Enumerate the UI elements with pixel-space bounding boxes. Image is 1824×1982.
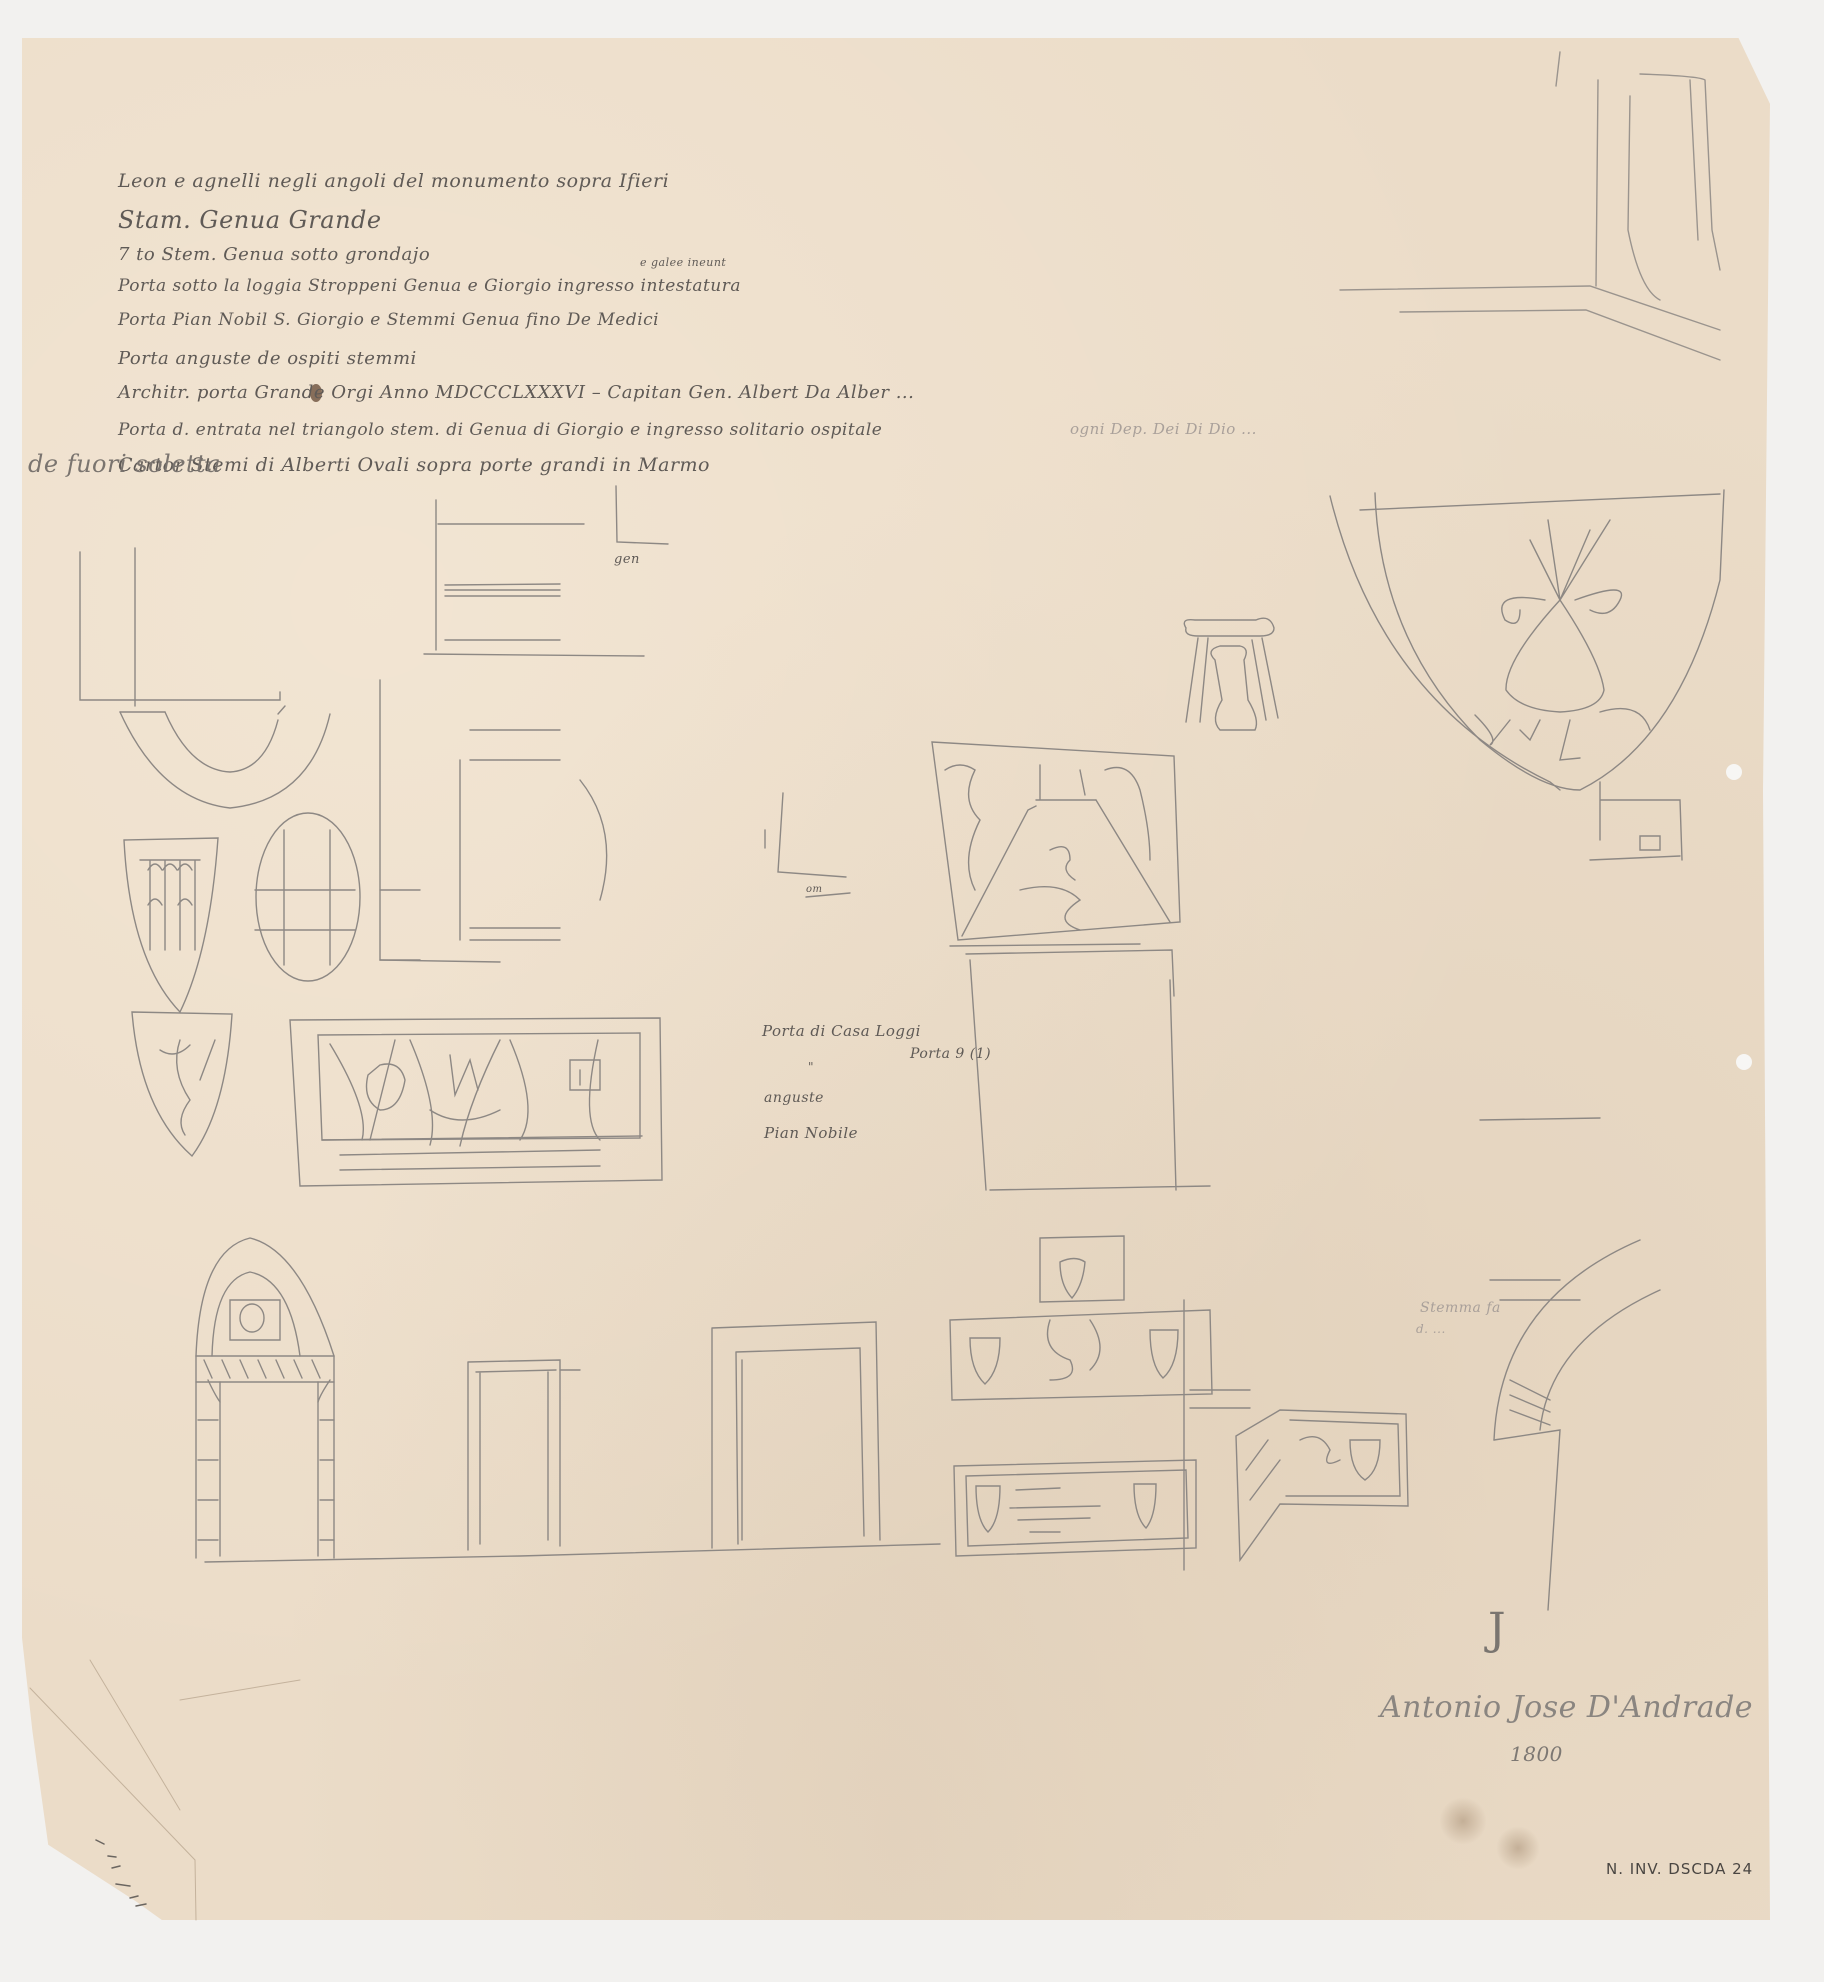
faint-trailing-note: ogni Dep. Dei Di Dio ... bbox=[1070, 420, 1257, 438]
loggia-note-line-5: Pian Nobile bbox=[764, 1124, 858, 1142]
arch-note-line-1: Stemma fa bbox=[1420, 1300, 1501, 1316]
note-line-8: Porta d. entrata nel triangolo stem. di … bbox=[118, 420, 882, 440]
gothic-portal-sketch bbox=[196, 1238, 334, 1558]
eagle-shield-sketch bbox=[132, 1012, 232, 1156]
loggia-note-line-2: Porta 9 (1) bbox=[910, 1046, 991, 1062]
note-line-1: Leon e agnelli negli angoli del monument… bbox=[118, 170, 669, 192]
note-line-2: Stam. Genua Grande bbox=[118, 206, 382, 234]
draped-panel-sketch bbox=[290, 1018, 662, 1186]
margin-note: de fuori soletta bbox=[28, 450, 221, 478]
paper-fold-lines bbox=[30, 1660, 300, 1920]
loggia-fresco-sketch bbox=[932, 742, 1210, 1190]
arch-springing-sketch bbox=[1490, 1240, 1660, 1610]
stool-sketch bbox=[1184, 618, 1278, 730]
room-corner-sketch bbox=[1340, 52, 1720, 360]
note-line-6: Porta anguste de ospiti stemmi bbox=[118, 348, 417, 369]
cornice-label: gen bbox=[614, 552, 640, 567]
stemmi-block-sketch bbox=[950, 1236, 1212, 1400]
corner-mark-label: om bbox=[806, 884, 823, 895]
vase-shield-sketch bbox=[1330, 490, 1724, 1120]
note-line-4: Porta sotto la loggia Stroppeni Genua e … bbox=[118, 276, 741, 296]
corner-mark-sketch bbox=[765, 793, 850, 897]
shield-arcade-sketch bbox=[124, 838, 218, 1012]
doorway-sketch-1 bbox=[468, 1360, 580, 1550]
oval-cross-shield-sketch bbox=[255, 813, 360, 981]
inscription-panel-sketch bbox=[954, 1460, 1196, 1556]
loggia-note-line-4: anguste bbox=[764, 1090, 824, 1106]
arch-section-sketch bbox=[80, 548, 330, 808]
note-line-5: Porta Pian Nobil S. Giorgio e Stemmi Gen… bbox=[118, 310, 659, 330]
signature-name: Antonio Jose D'Andrade bbox=[1380, 1690, 1753, 1725]
pencil-sketches bbox=[0, 0, 1824, 1982]
note-line-3: 7 to Stem. Genua sotto grondajo bbox=[118, 244, 430, 265]
loggia-note-line-1: Porta di Casa Loggi bbox=[762, 1022, 921, 1040]
inventory-number: N. INV. DSCDA 24 bbox=[1606, 1860, 1753, 1878]
pencil-tick-marks bbox=[96, 1840, 146, 1906]
loggia-note-line-3: " bbox=[808, 1060, 814, 1074]
signature-year: 1800 bbox=[1510, 1742, 1563, 1766]
doorway-sketch-2 bbox=[712, 1322, 880, 1548]
relief-slab-sketch bbox=[1184, 1300, 1408, 1570]
arch-note-line-2: d. ... bbox=[1416, 1322, 1446, 1336]
note-line-7: Architr. porta Grande Orgi Anno MDCCCLXX… bbox=[118, 382, 914, 403]
interlinear-note: e galee ineunt bbox=[640, 256, 726, 269]
ground-line bbox=[205, 1544, 940, 1562]
monogram-J: J bbox=[1488, 1604, 1506, 1655]
